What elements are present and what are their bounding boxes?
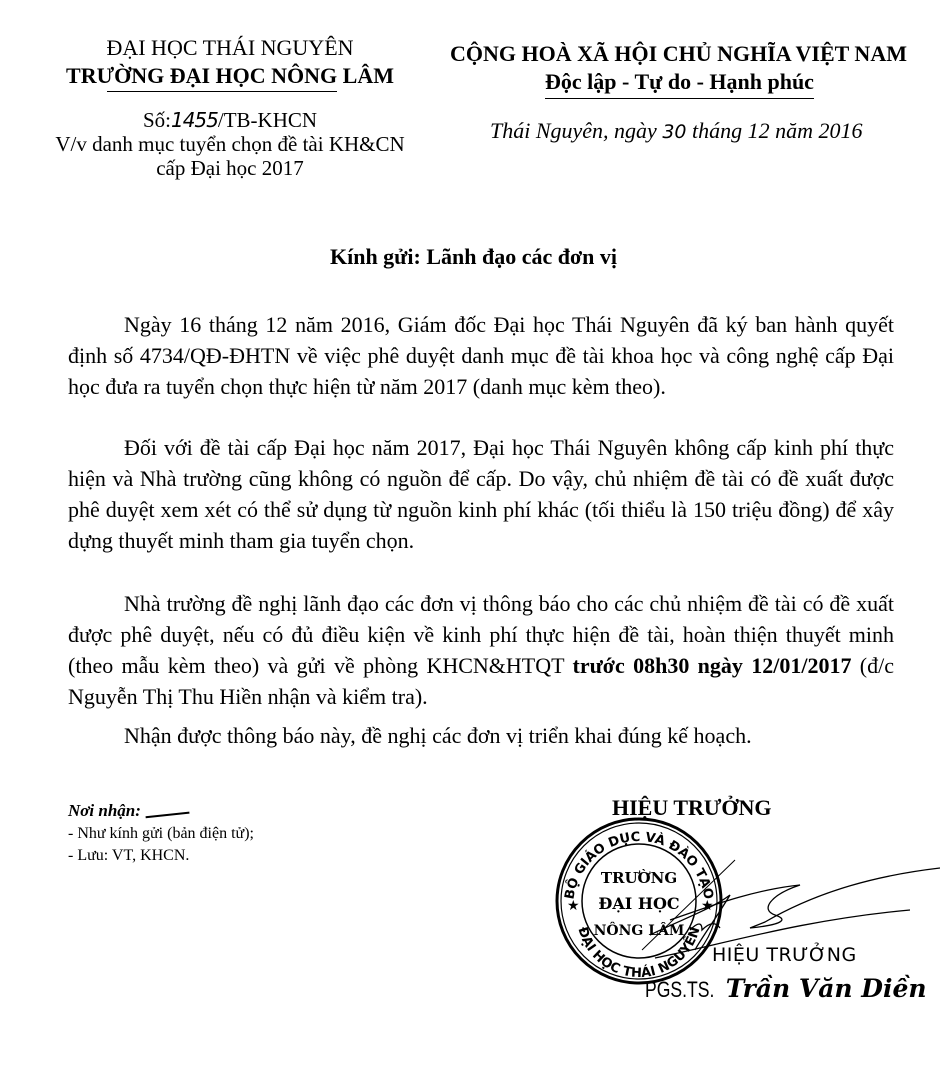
recipients-title: Nơi nhận: — [68, 801, 141, 820]
stamp-role: HIỆU TRƯỞNG — [712, 944, 857, 966]
signatory-title-prefix: PGS.TS. — [645, 977, 714, 1003]
paragraph-4-text: Nhận được thông báo này, đề nghị các đơn… — [68, 720, 894, 751]
issuer-block: ĐẠI HỌC THÁI NGUYÊN TRƯỜNG ĐẠI HỌC NÔNG … — [40, 34, 420, 180]
organization-name: TRƯỜNG ĐẠI HỌC NÔNG LÂM — [66, 62, 394, 90]
paragraph-3: Nhà trường đề nghị lãnh đạo các đơn vị t… — [68, 588, 894, 712]
paragraph-4: Nhận được thông báo này, đề nghị các đơn… — [68, 720, 894, 751]
date-prefix: Thái Nguyên, ngày — [490, 118, 662, 143]
document-number-handwritten: 1455 — [171, 108, 218, 132]
document-number: Số:1455/TB-KHCN — [40, 108, 420, 132]
national-motto-block: CỘNG HOÀ XÃ HỘI CHỦ NGHĨA VIỆT NAM Độc l… — [430, 40, 947, 99]
date-day-handwritten: 30 — [662, 121, 686, 143]
national-title: CỘNG HOÀ XÃ HỘI CHỦ NGHĨA VIỆT NAM — [410, 40, 947, 68]
handwritten-mark-icon — [144, 802, 189, 819]
deadline-emphasis: trước 08h30 ngày 12/01/2017 — [573, 653, 852, 678]
recipients-block: Nơi nhận: - Như kính gửi (bản điện tử); … — [68, 800, 428, 867]
national-motto: Độc lập - Tự do - Hạnh phúc — [545, 68, 814, 99]
recipient-item: - Lưu: VT, KHCN. — [68, 845, 428, 867]
salutation: Kính gửi: Lãnh đạo các đơn vị — [0, 244, 947, 270]
subject-line-2: cấp Đại học 2017 — [40, 156, 420, 180]
paragraph-1: Ngày 16 tháng 12 năm 2016, Giám đốc Đại … — [68, 309, 894, 402]
organization-underline — [107, 91, 337, 92]
document-number-prefix: Số: — [143, 108, 171, 132]
seal-star-left-icon: ★ — [567, 899, 580, 914]
paragraph-3-text: Nhà trường đề nghị lãnh đạo các đơn vị t… — [68, 588, 894, 712]
paragraph-2-text: Đối với đề tài cấp Đại học năm 2017, Đại… — [68, 432, 894, 556]
paragraph-1-text: Ngày 16 tháng 12 năm 2016, Giám đốc Đại … — [68, 309, 894, 402]
parent-organization: ĐẠI HỌC THÁI NGUYÊN — [40, 34, 420, 62]
document-date: Thái Nguyên, ngày 30 tháng 12 năm 2016 — [490, 118, 930, 144]
recipient-item: - Như kính gửi (bản điện tử); — [68, 823, 428, 845]
document-number-suffix: /TB-KHCN — [218, 108, 317, 132]
signatory-full-name: Trần Văn Diền — [726, 974, 927, 1003]
paragraph-2: Đối với đề tài cấp Đại học năm 2017, Đại… — [68, 432, 894, 556]
signatory-name: PGS.TS. Trần Văn Diền — [645, 974, 927, 1004]
date-suffix: tháng 12 năm 2016 — [687, 118, 863, 143]
subject-line-1: V/v danh mục tuyển chọn đề tài KH&CN — [40, 132, 420, 156]
